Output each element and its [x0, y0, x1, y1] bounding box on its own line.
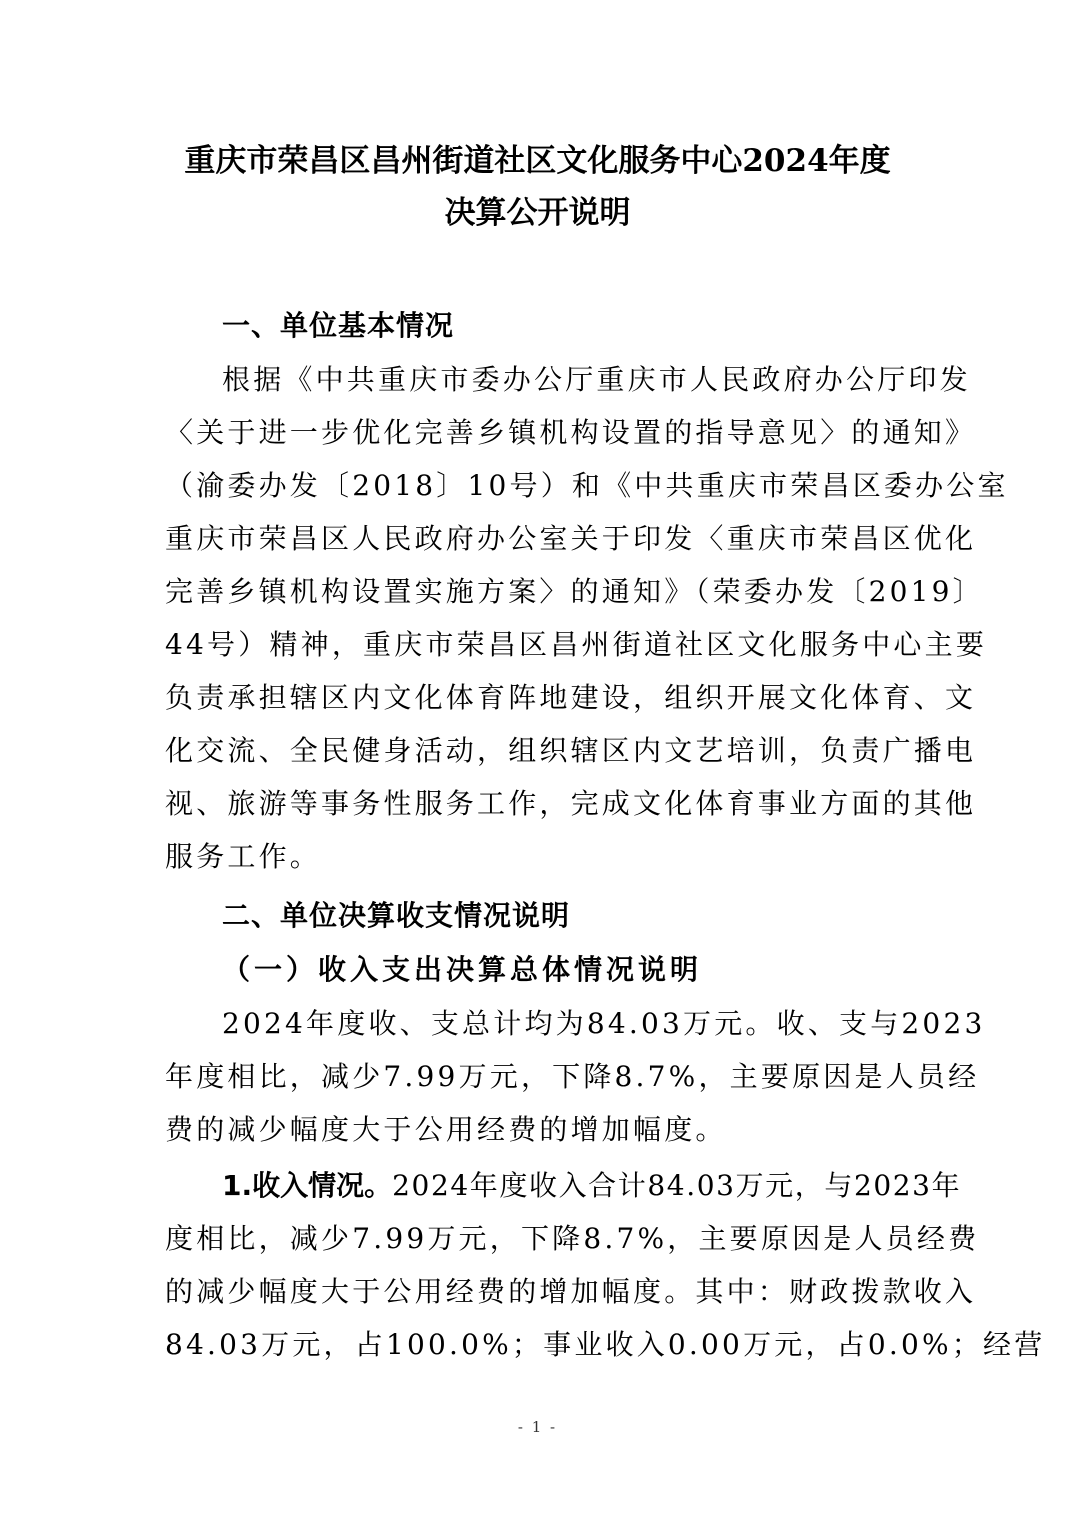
paragraph-line: （渝委办发〔2018〕10号）和《中共重庆市荣昌区委办公室 — [165, 472, 913, 500]
document-title-line-1: 重庆市荣昌区昌州街道社区文化服务中心2024年度 — [160, 146, 915, 177]
paragraph-line: 负责承担辖区内文化体育阵地建设，组织开展文化体育、文 — [165, 684, 913, 712]
page-number: - 1 - — [0, 1418, 1075, 1436]
document-page: 重庆市荣昌区昌州街道社区文化服务中心2024年度 决算公开说明 一、单位基本情况… — [0, 0, 1075, 1520]
paragraph-line: 视、旅游等事务性服务工作，完成文化体育事业方面的其他 — [165, 790, 913, 818]
subsection-heading-overall: （一）收入支出决算总体情况说明 — [222, 956, 702, 984]
section-heading-budget-summary: 二、单位决算收支情况说明 — [222, 902, 570, 930]
paragraph-line: 服务工作。 — [165, 843, 913, 871]
paragraph-line: 重庆市荣昌区人民政府办公室关于印发〈重庆市荣昌区优化 — [165, 525, 913, 553]
paragraph-line: 度相比，减少7.99万元，下降8.7%，主要原因是人员经费 — [165, 1225, 913, 1253]
income-text: 2024年度收入合计84.03万元，与2023年 — [392, 1172, 961, 1200]
paragraph-line: 的减少幅度大于公用经费的增加幅度。其中：财政拨款收入 — [165, 1278, 913, 1306]
paragraph-line: 〈关于进一步优化完善乡镇机构设置的指导意见〉的通知》 — [165, 419, 913, 447]
paragraph-line: 完善乡镇机构设置实施方案〉的通知》（荣委办发〔2019〕 — [165, 578, 913, 606]
document-title-line-2: 决算公开说明 — [160, 198, 915, 229]
paragraph-line: 84.03万元，占100.0%；事业收入0.00万元，占0.0%；经营 — [165, 1331, 913, 1359]
paragraph-line: 年度相比，减少7.99万元，下降8.7%，主要原因是人员经 — [165, 1063, 913, 1091]
paragraph-line: 化交流、全民健身活动，组织辖区内文艺培训，负责广播电 — [165, 737, 913, 765]
paragraph-line: 根据《中共重庆市委办公厅重庆市人民政府办公厅印发 — [222, 366, 913, 394]
paragraph-line: 44号）精神，重庆市荣昌区昌州街道社区文化服务中心主要 — [165, 631, 913, 659]
section-heading-basic-info: 一、单位基本情况 — [222, 312, 454, 340]
paragraph-line: 费的减少幅度大于公用经费的增加幅度。 — [165, 1116, 913, 1144]
paragraph-line: 2024年度收、支总计均为84.03万元。收、支与2023 — [222, 1010, 913, 1038]
income-label: 1.收入情况。 — [222, 1172, 392, 1200]
paragraph-line: 1.收入情况。 2024年度收入合计84.03万元，与2023年 — [222, 1172, 913, 1200]
